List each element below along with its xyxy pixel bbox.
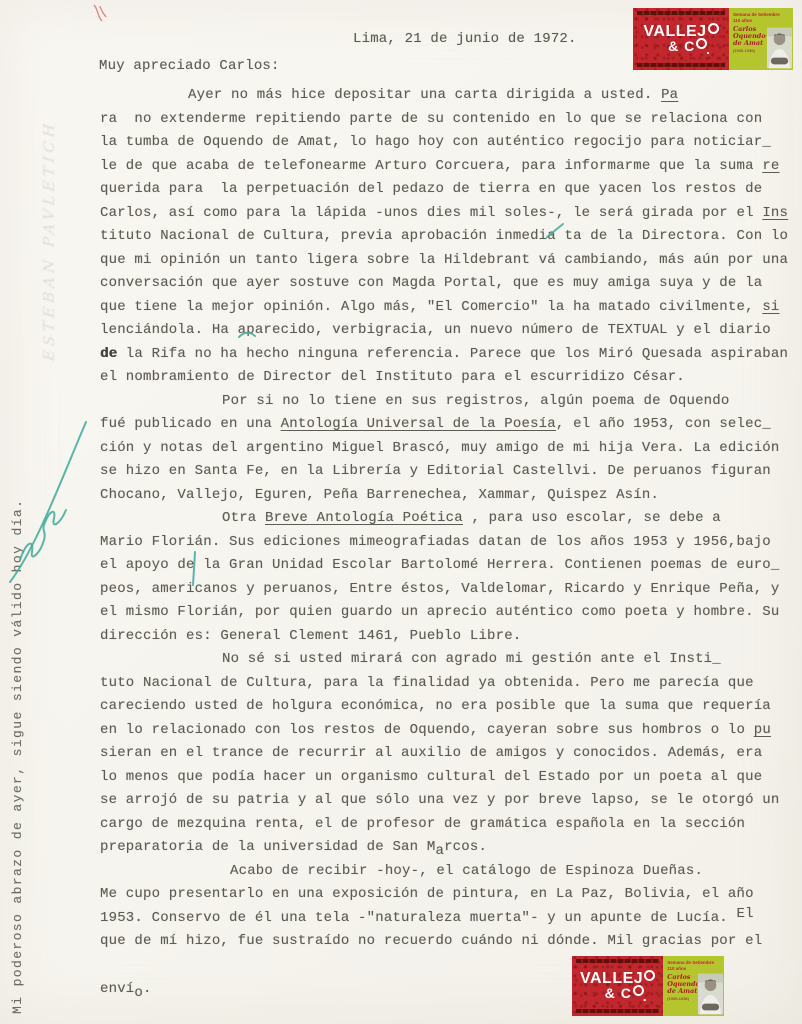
teal-correction-slash: [546, 222, 566, 240]
feature-caption: Semana de Setiembre110 años: [667, 960, 721, 971]
letter-line: de la Rifa no ha hecho ninguna referenci…: [100, 343, 790, 367]
letter-line: tituto Nacional de Cultura, previa aprob…: [100, 225, 790, 249]
letter-text-segment: careciendo usted de holgura económica, n…: [100, 698, 771, 714]
red-pen-mark: [90, 2, 110, 24]
letter-text-segment: Chocano, Vallejo, Eguren, Peña Barrenech…: [100, 487, 659, 503]
letter-text-segment: el mismo Florián, por quien guardo un ap…: [100, 604, 780, 620]
letter-text-segment: .: [143, 981, 152, 997]
letter-line: peos, americanos y peruanos, Entre éstos…: [100, 578, 790, 602]
letter-line: le de que acaba de telefonearme Arturo C…: [100, 155, 790, 179]
letter-line: en lo relacionado con los restos de Oque…: [100, 719, 790, 743]
letter-text-segment: se hizo en Santa Fe, en la Librería y Ed…: [100, 463, 771, 479]
logo-wordmark-panel: VALLEJ & C.: [572, 956, 663, 1016]
letter-text-segment: El: [737, 906, 754, 922]
logo-wordmark-line2: & C.: [668, 39, 712, 54]
logo-o-ring-icon: [644, 970, 655, 981]
letter-line: Por si no lo tiene en sus registros, alg…: [100, 390, 790, 414]
letter-line: fué publicado en una Antología Universal…: [100, 413, 790, 437]
letter-text-segment: le de que acaba de telefonearme Arturo C…: [100, 158, 762, 174]
letter-line: conversación que ayer sostuve con Magda …: [100, 272, 790, 296]
letter-text-segment: Por si no lo tiene en sus registros, alg…: [222, 393, 729, 409]
letter-line: Acabo de recibir -hoy-, el catálogo de E…: [100, 860, 790, 884]
letter-text-segment: cargo de mezquina renta, el de profesor …: [100, 816, 745, 832]
letter-text-segment: en lo relacionado con los restos de Oque…: [100, 722, 754, 738]
letter-line: lo menos que podía hacer un organismo cu…: [100, 766, 790, 790]
logo-period: .: [643, 989, 648, 1004]
letter-line: tuto Nacional de Cultura, para la finali…: [100, 672, 790, 696]
logo-feature-panel: Semana de Setiembre110 años CarlosOquend…: [663, 956, 724, 1016]
teal-correction-arc: [238, 328, 258, 340]
letter-text-segment: tuto Nacional de Cultura, para la finali…: [100, 675, 754, 691]
letter-text-segment: _: [712, 651, 721, 667]
letter-text-segment: o: [134, 985, 143, 1001]
letter-line: que tiene la mejor opinión. Algo más, "E…: [100, 296, 790, 320]
letter-line: lenciándola. Ha aparecido, verbigracia, …: [100, 319, 790, 343]
scanned-letter-page: Lima, 21 de junio de 1972. Muy apreciado…: [0, 0, 802, 1024]
logo-text-and-c: & C: [668, 38, 695, 54]
letter-line: se arrojó de su patria y al que sólo una…: [100, 789, 790, 813]
letter-line: la tumba de Oquendo de Amat, lo hago hoy…: [100, 131, 790, 155]
letter-line: ra no extenderme repitiendo parte de su …: [100, 108, 790, 132]
letter-line: el apoyo de la Gran Unidad Escolar Barto…: [100, 554, 790, 578]
letter-salutation: Muy apreciado Carlos:: [99, 58, 280, 74]
letter-line: el mismo Florián, por quien guardo un ap…: [100, 601, 790, 625]
letter-text-segment: se arrojó de su patria y al que sólo una…: [100, 792, 780, 808]
letter-text-segment: ción y notas del argentino Miguel Brascó…: [100, 440, 780, 456]
logo-o-ring-icon: [708, 23, 719, 34]
letter-text-segment: enví: [100, 981, 134, 997]
letter-text-segment: que tiene la mejor opinión. Algo más, "E…: [100, 299, 762, 315]
letter-line: Me cupo presentarlo en una exposición de…: [100, 883, 790, 907]
letter-line: sieran en el trance de recurrir al auxil…: [100, 742, 790, 766]
letter-text-segment: _: [762, 134, 771, 150]
letter-text-segment: Antología Universal de la Poesía: [281, 416, 556, 432]
letter-line: 1953. Conservo de él una tela -"naturale…: [100, 907, 790, 931]
logo-wordmark-panel: VALLEJ & C.: [633, 8, 729, 70]
letter-line: Otra Breve Antología Poética , para uso …: [100, 507, 790, 531]
letter-text-segment: rcos.: [444, 839, 487, 855]
letter-text-segment: a: [435, 843, 444, 859]
letter-line: ción y notas del argentino Miguel Brascó…: [100, 437, 790, 461]
letter-text-segment: tituto Nacional de Cultura, previa aprob…: [100, 228, 788, 244]
letter-line: Chocano, Vallejo, Eguren, Peña Barrenech…: [100, 484, 790, 508]
letter-text-segment: lo menos que podía hacer un organismo cu…: [100, 769, 762, 785]
poet-photo-icon: [767, 27, 792, 69]
letter-text-segment: que mi opinión un tanto ligera sobre la …: [100, 252, 788, 268]
letter-text-segment: el nombramiento de Director del Institut…: [100, 369, 685, 385]
letter-text-segment: ra no extenderme repitiendo parte de su …: [100, 111, 762, 127]
letter-text-segment: Carlos, así como para la lápida -unos di…: [100, 205, 762, 221]
letter-body: Ayer no más hice depositar una carta dir…: [100, 84, 790, 1001]
letter-line: que mi opinión un tanto ligera sobre la …: [100, 249, 790, 273]
teal-insert-line: [190, 550, 200, 588]
vallejo-logo-stamp-bottom: VALLEJ & C. Semana de Setiembre110 años …: [572, 956, 724, 1016]
letter-text-segment: fué publicado en una: [100, 416, 281, 432]
logo-text-and-c: & C: [605, 985, 632, 1001]
letter-line: cargo de mezquina renta, el de profesor …: [100, 813, 790, 837]
letter-text-segment: Acabo de recibir -hoy-, el catálogo de E…: [230, 863, 703, 879]
letter-line: el nombramiento de Director del Institut…: [100, 366, 790, 390]
letter-text-segment: preparatoria de la universidad de San M: [100, 839, 435, 855]
letter-text-segment: si: [762, 299, 779, 315]
letter-line: dirección es: General Clement 1461, Pueb…: [100, 625, 790, 649]
letter-line: No sé si usted mirará con agrado mi gest…: [100, 648, 790, 672]
letter-text-segment: de: [100, 346, 117, 362]
letter-date: Lima, 21 de junio de 1972.: [353, 31, 577, 47]
letter-text-segment: No sé si usted mirará con agrado mi gest…: [222, 651, 712, 667]
letter-text-segment: Mario Florián. Sus ediciones mimeografia…: [100, 534, 771, 550]
letter-line: preparatoria de la universidad de San Ma…: [100, 836, 790, 860]
logo-period: .: [706, 42, 711, 57]
letter-text-segment: re: [762, 158, 779, 174]
letter-line: Mario Florián. Sus ediciones mimeografia…: [100, 531, 790, 555]
poet-photo-icon: [698, 973, 723, 1015]
letter-text-segment: Breve Antología Poética: [265, 510, 463, 526]
letter-text-segment: Pa: [661, 87, 678, 103]
letter-text-segment: la tumba de Oquendo de Amat, lo hago hoy…: [100, 134, 762, 150]
letter-text-segment: Otra: [222, 510, 265, 526]
letter-text-segment: _: [762, 416, 771, 432]
letter-line: querida para la perpetuación del pedazo …: [100, 178, 790, 202]
letter-text-segment: Me cupo presentarlo en una exposición de…: [100, 886, 754, 902]
letter-text-segment: _: [771, 557, 780, 573]
letter-line: se hizo en Santa Fe, en la Librería y Ed…: [100, 460, 790, 484]
logo-wordmark-line2: & C.: [605, 986, 649, 1001]
letter-text-segment: pu: [754, 722, 771, 738]
teal-signature-flourish: [6, 408, 90, 588]
letter-text-segment: conversación que ayer sostuve con Magda …: [100, 275, 762, 291]
feature-caption: Semana de Setiembre110 años: [733, 12, 790, 23]
letter-line: careciendo usted de holgura económica, n…: [100, 695, 790, 719]
letter-text-segment: , el año 1953, con selec: [556, 416, 762, 432]
vallejo-logo-stamp-top: VALLEJ & C. Semana de Setiembre110 años …: [633, 8, 793, 70]
letter-line: Carlos, así como para la lápida -unos di…: [100, 202, 790, 226]
letter-text-segment: Ayer no más hice depositar una carta dir…: [188, 87, 661, 103]
letter-text-segment: el apoyo de la Gran Unidad Escolar Barto…: [100, 557, 771, 573]
ghost-signature-name: ESTEBAN PAVLETICH: [40, 130, 58, 362]
letter-text-segment: querida para la perpetuación del pedazo …: [100, 181, 762, 197]
logo-wordmark-line1: VALLEJ: [643, 25, 718, 39]
letter-text-segment: , para uso escolar, se debe a: [463, 510, 721, 526]
letter-line: Ayer no más hice depositar una carta dir…: [100, 84, 790, 108]
logo-wordmark-line1: VALLEJ: [580, 972, 655, 986]
letter-text-segment: Ins: [762, 205, 788, 221]
letter-text-segment: sieran en el trance de recurrir al auxil…: [100, 745, 762, 761]
letter-text-segment: lenciándola. Ha aparecido, verbigracia, …: [100, 322, 771, 338]
letter-text-segment: dirección es: General Clement 1461, Pueb…: [100, 628, 521, 644]
letter-text-segment: 1953. Conservo de él una tela -"naturale…: [100, 910, 737, 926]
letter-text-segment: la Rifa no ha hecho ninguna referencia. …: [117, 346, 788, 362]
letter-text-segment: que de mí hizo, fue sustraído no recuerd…: [100, 933, 762, 949]
logo-feature-panel: Semana de Setiembre110 años CarlosOquend…: [729, 8, 793, 70]
letter-line: que de mí hizo, fue sustraído no recuerd…: [100, 930, 790, 954]
letter-text-segment: peos, americanos y peruanos, Entre éstos…: [100, 581, 780, 597]
